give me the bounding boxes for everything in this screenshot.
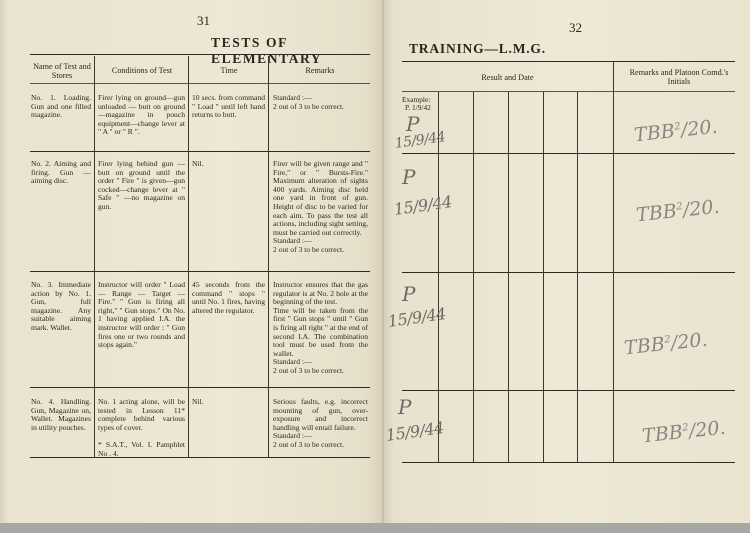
handwritten-initials: TBB2/20. [635, 196, 720, 227]
row-rule [30, 151, 370, 152]
page-heading: TESTS OF ELEMENTARY [211, 35, 384, 67]
test-name: No. 2. Aiming and firing. Gun — aiming d… [31, 160, 91, 186]
column-header-name: Name of Test and Stores [30, 62, 94, 80]
handwritten-result: P [398, 395, 411, 419]
page-heading: TRAINING—L.M.G. [409, 41, 546, 57]
column-header-remarks-initials: Remarks and Platoon Comd.'s Initials [619, 68, 739, 86]
test-remarks: Serious faults, e.g. incorrect mounting … [273, 398, 368, 450]
column-divider [94, 56, 95, 457]
test-name: No. 4. Handling. Gun, Magazine on, Walle… [31, 398, 91, 432]
column-divider [188, 56, 189, 457]
test-conditions: Firer lying behind gun —butt on ground u… [98, 160, 185, 212]
left-page: 31 TESTS OF ELEMENTARY Name of Test and … [0, 0, 384, 523]
handwritten-initials: TBB2/20. [641, 417, 726, 448]
column-divider [473, 92, 474, 462]
column-header-time: Time [190, 66, 268, 75]
test-name: No. 1. Loading. Gun and one filled magaz… [31, 94, 91, 120]
test-time: 45 seconds from the command " stops " un… [192, 281, 265, 315]
row-rule [402, 272, 735, 273]
column-divider [268, 56, 269, 457]
column-divider [438, 92, 439, 462]
row-rule [30, 271, 370, 272]
table-bottom-rule [30, 457, 370, 458]
header-rule [30, 83, 370, 84]
test-time: 10 secs. from command " Load " until lef… [192, 94, 265, 120]
right-page: 32 TRAINING—L.M.G. Result and Date Remar… [384, 0, 750, 523]
test-remarks: Instructor ensures that the gas regulato… [273, 281, 368, 376]
page-number: 32 [569, 20, 582, 36]
handwritten-date: 15/9/44 [385, 418, 445, 445]
test-time: Nil. [192, 160, 265, 169]
row-rule [30, 387, 370, 388]
page-number: 31 [197, 13, 210, 29]
row-rule [402, 390, 735, 391]
test-remarks: Firer will be given range and " Fire," o… [273, 160, 368, 255]
test-conditions: No. 1 acting alone, will be tested in Le… [98, 398, 185, 458]
test-remarks: Standard :— 2 out of 3 to be correct. [273, 94, 368, 111]
handwritten-date: 15/9/44 [393, 192, 453, 219]
table-bottom-rule [402, 462, 735, 463]
handwritten-result: P [402, 282, 415, 306]
test-name: No. 3. Immediate action by No. 1. Gun, f… [31, 281, 91, 333]
row-rule [402, 153, 735, 154]
table-top-rule [30, 54, 370, 55]
column-divider [543, 92, 544, 462]
column-header-conditions: Conditions of Test [96, 66, 188, 75]
handwritten-result: P [402, 165, 415, 189]
column-divider [508, 92, 509, 462]
column-header-remarks: Remarks [270, 66, 370, 75]
test-conditions: Instructor will order " Load — Range — T… [98, 281, 185, 350]
test-conditions: Firer lying on ground—gun unloaded — but… [98, 94, 185, 137]
test-time: Nil. [192, 398, 265, 407]
table-top-rule [402, 61, 735, 62]
header-rule [402, 91, 735, 92]
column-header-result-date: Result and Date [402, 73, 613, 82]
handwritten-initials: TBB2/20. [633, 116, 718, 147]
column-divider [577, 92, 578, 462]
section-divider [613, 62, 614, 462]
handwritten-initials: TBB2/20. [623, 329, 708, 360]
